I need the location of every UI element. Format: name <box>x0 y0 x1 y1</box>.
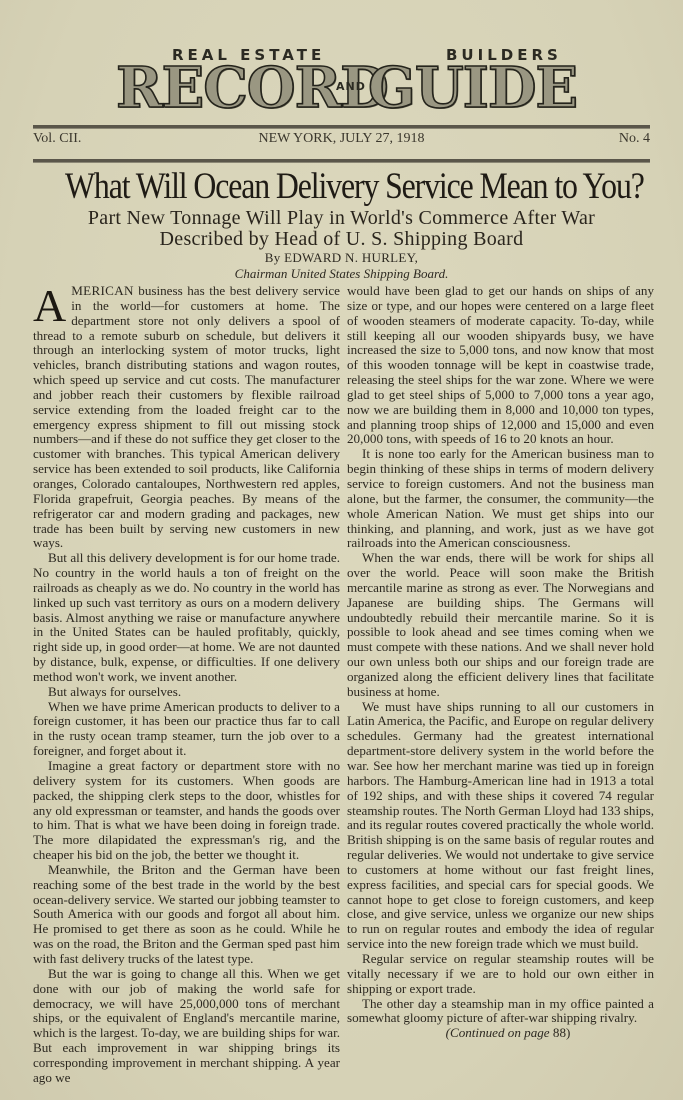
article-subhead-line1: Part New Tonnage Will Play in World's Co… <box>0 207 683 229</box>
right-column: would have been glad to get our hands on… <box>347 284 654 1041</box>
dateline: Vol. CII. NEW YORK, JULY 27, 1918 No. 4 <box>33 131 650 151</box>
top-rule <box>33 125 650 129</box>
paragraph: We must have ships running to all our cu… <box>347 700 654 952</box>
bottom-rule <box>33 159 650 163</box>
paragraph: Imagine a great factory or department st… <box>33 759 340 863</box>
paragraph: It is none too early for the American bu… <box>347 447 654 551</box>
paragraph: When we have prime American products to … <box>33 700 340 759</box>
issue-number: No. 4 <box>619 131 650 147</box>
continued-suffix: ) <box>566 1025 570 1040</box>
lead-smallcaps: MERICAN <box>71 283 133 298</box>
masthead-and: AND <box>336 80 366 93</box>
paragraph: The other day a steamship man in my offi… <box>347 997 654 1027</box>
article-headline: What Will Ocean Delivery Service Mean to… <box>65 166 618 208</box>
masthead-guide: GUIDE <box>368 58 577 118</box>
paragraph: AMERICAN business has the best delivery … <box>33 284 340 551</box>
paragraph: Regular service on regular steamship rou… <box>347 952 654 997</box>
masthead: REAL ESTATE RECORD AND BUILDERS GUIDE <box>116 44 556 116</box>
byline-title: Chairman United States Shipping Board. <box>0 266 683 282</box>
drop-cap: A <box>33 285 66 325</box>
byline: By EDWARD N. HURLEY, <box>0 250 683 266</box>
paragraph-text: business has the best delivery service i… <box>33 283 340 550</box>
article-subhead-line2: Described by Head of U. S. Shipping Boar… <box>0 228 683 250</box>
paragraph: But the war is going to change all this.… <box>33 967 340 1086</box>
paragraph: Meanwhile, the Briton and the German hav… <box>33 863 340 967</box>
issue-date: NEW YORK, JULY 27, 1918 <box>33 131 650 147</box>
paragraph: When the war ends, there will be work fo… <box>347 551 654 699</box>
continued-on-page-link[interactable]: (Continued on page 88) <box>347 1026 654 1041</box>
left-column: AMERICAN business has the best delivery … <box>33 284 340 1086</box>
paragraph: would have been glad to get our hands on… <box>347 284 654 447</box>
continued-prefix: (Continued on page <box>446 1025 553 1040</box>
continued-page-number: 88 <box>553 1025 566 1040</box>
magazine-page: REAL ESTATE RECORD AND BUILDERS GUIDE Vo… <box>0 0 683 1100</box>
paragraph: But all this delivery development is for… <box>33 551 340 685</box>
paragraph: But always for ourselves. <box>33 685 340 700</box>
